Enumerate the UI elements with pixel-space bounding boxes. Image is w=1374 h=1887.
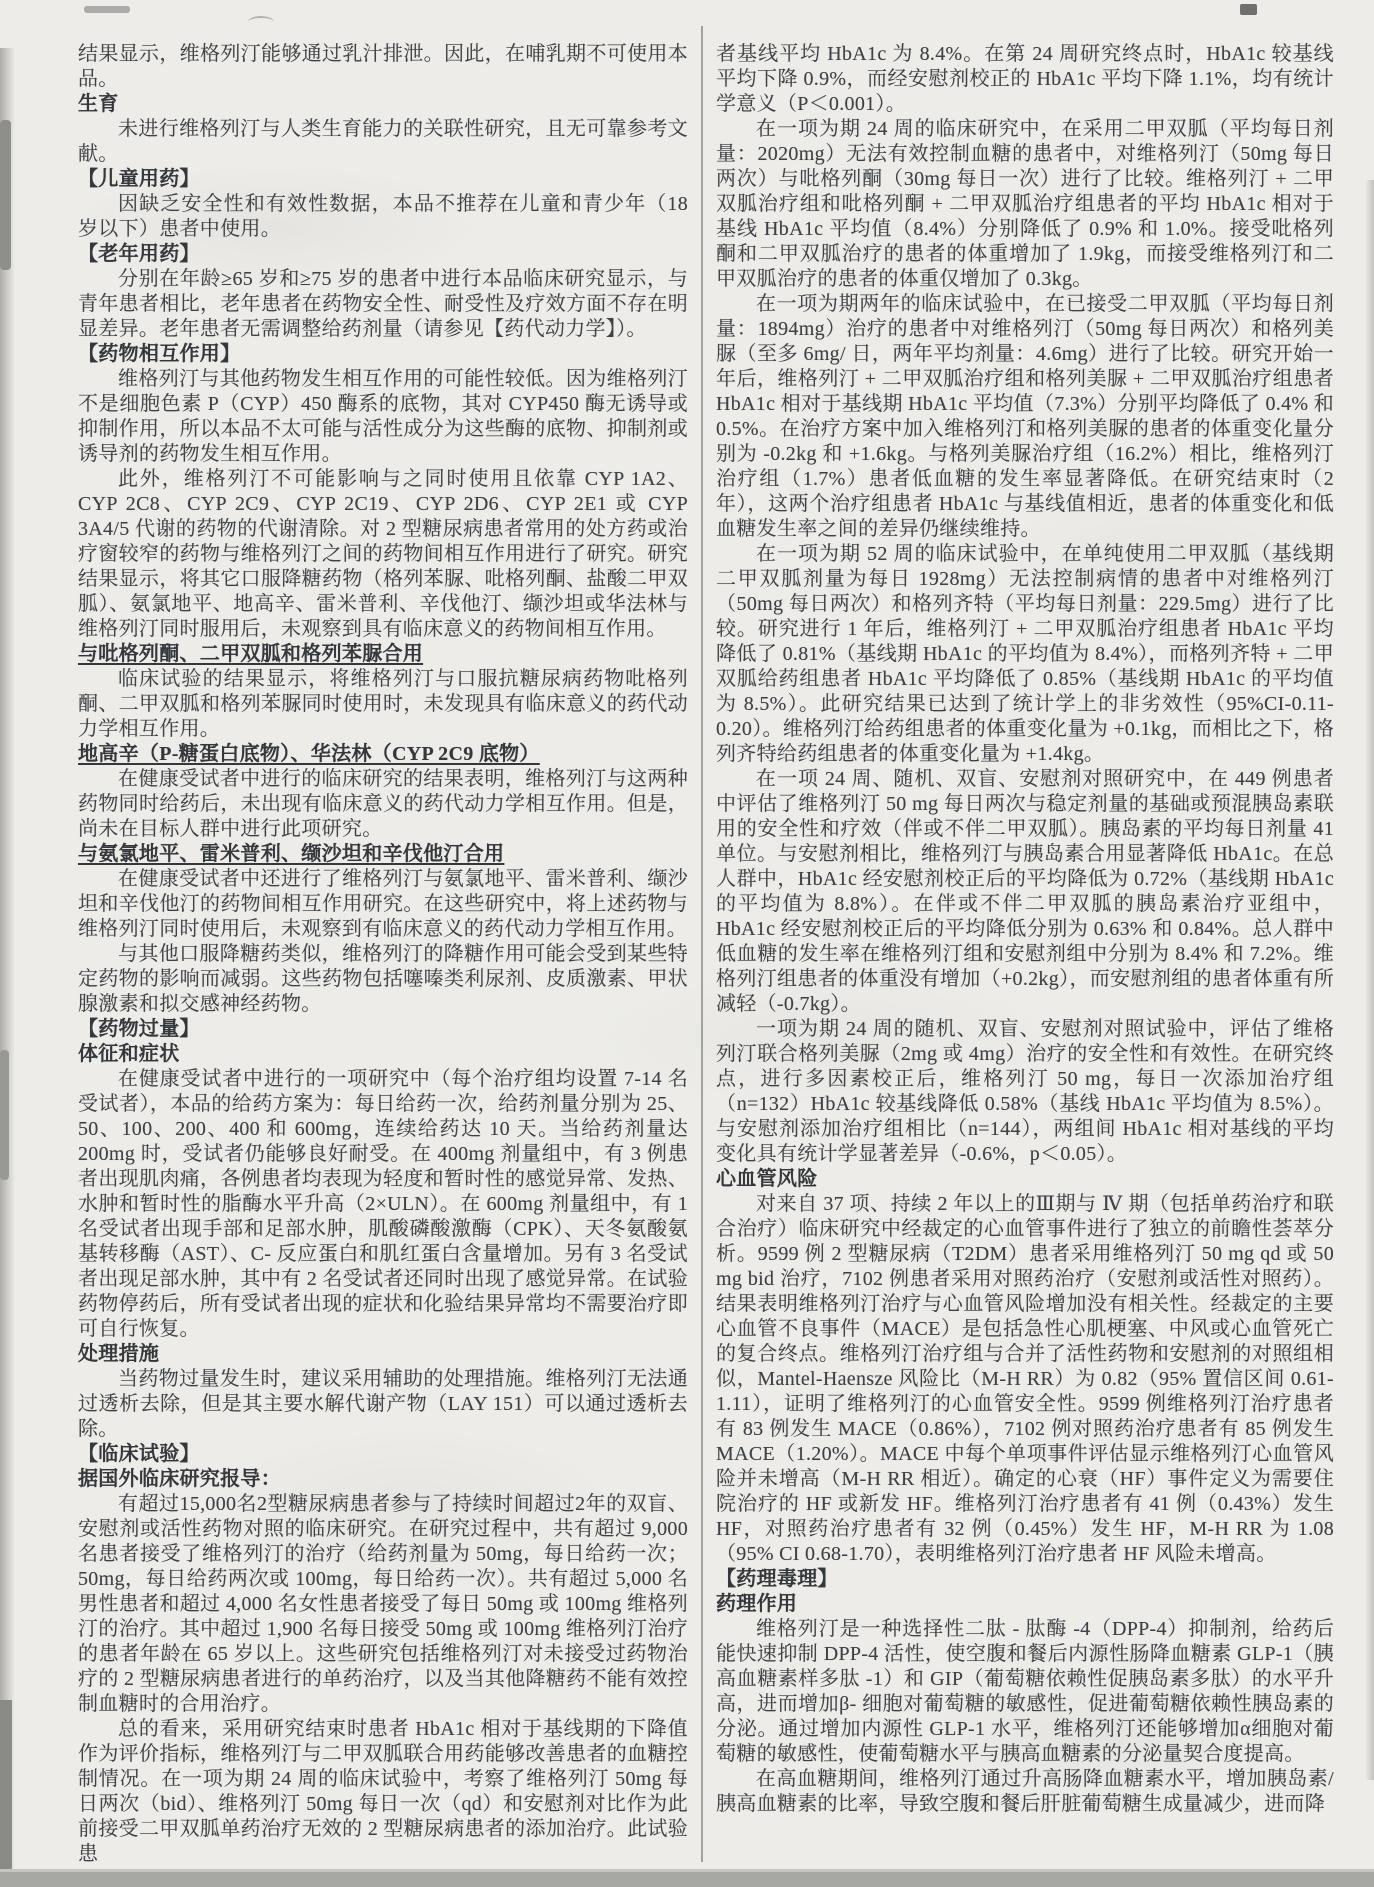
paragraph: 当药物过量发生时，建议采用辅助的处理措施。维格列汀无法通过透析去除，但是其主要水…	[78, 1367, 688, 1442]
section-heading: 【药理毒理】	[716, 1567, 1334, 1592]
paragraph: 未进行维格列汀与人类生育能力的关联性研究，且无可靠参考文献。	[78, 117, 688, 167]
sub-heading: 药理作用	[716, 1592, 1334, 1617]
paragraph: 在健康受试者中进行的一项研究中（每个治疗组均设置 7-14 名受试者），本品的给…	[78, 1067, 688, 1342]
sub-heading: 生育	[78, 92, 688, 117]
scanned-document-page: 结果显示，维格列汀能够通过乳汁排泄。因此，在哺乳期不可使用本品。生育未进行维格列…	[0, 0, 1374, 1887]
section-heading: 【药物相互作用】	[78, 342, 688, 367]
paragraph: 对来自 37 项、持续 2 年以上的Ⅲ期与 Ⅳ 期（包括单药治疗和联合治疗）临床…	[716, 1192, 1334, 1567]
sub-heading-underlined: 地高辛（P-糖蛋白底物）、华法林（CYP 2C9 底物）	[78, 742, 688, 767]
scan-artifact	[248, 16, 274, 28]
sub-heading: 处理措施	[78, 1342, 688, 1367]
paragraph-continuation: 结果显示，维格列汀能够通过乳汁排泄。因此，在哺乳期不可使用本品。	[78, 42, 688, 92]
paragraph: 一项为期 24 周的随机、双盲、安慰剂对照试验中，评估了维格列汀联合格列美脲（2…	[716, 1017, 1334, 1167]
paragraph-continuation: 者基线平均 HbA1c 为 8.4%。在第 24 周研究终点时，HbA1c 较基…	[716, 42, 1334, 117]
paragraph: 有超过15,000名2型糖尿病患者参与了持续时间超过2年的双盲、安慰剂或活性药物…	[78, 1492, 688, 1717]
scan-edge-bottom	[0, 1872, 1374, 1887]
paragraph: 分别在年龄≥65 岁和≥75 岁的患者中进行本品临床研究显示，与青年患者相比，老…	[78, 267, 688, 342]
left-column: 结果显示，维格列汀能够通过乳汁排泄。因此，在哺乳期不可使用本品。生育未进行维格列…	[78, 42, 688, 1867]
section-heading: 【老年用药】	[78, 242, 688, 267]
scan-artifact	[84, 6, 130, 13]
scan-edge-smudge	[0, 1050, 9, 1180]
sub-heading-underlined: 与吡格列酮、二甲双胍和格列苯脲合用	[78, 642, 688, 667]
scan-edge-smudge	[0, 1700, 12, 1887]
paragraph: 临床试验的结果显示，将维格列汀与口服抗糖尿病药物吡格列酮、二甲双胍和格列苯脲同时…	[78, 667, 688, 742]
sub-heading-underlined: 与氨氯地平、雷米普利、缬沙坦和辛伐他汀合用	[78, 842, 688, 867]
scan-edge-left	[0, 48, 15, 1887]
paragraph: 在健康受试者中还进行了维格列汀与氨氯地平、雷米普利、缬沙坦和辛伐他汀的药物间相互…	[78, 867, 688, 942]
scan-edge-smudge	[0, 120, 11, 270]
sub-heading: 心血管风险	[716, 1167, 1334, 1192]
right-column: 者基线平均 HbA1c 为 8.4%。在第 24 周研究终点时，HbA1c 较基…	[716, 42, 1334, 1817]
paragraph: 维格列汀与其他药物发生相互作用的可能性较低。因为维格列汀不是细胞色素 P（CYP…	[78, 367, 688, 467]
section-heading: 【临床试验】	[78, 1442, 688, 1467]
paragraph: 与其他口服降糖药类似，维格列汀的降糖作用可能会受到某些特定药物的影响而减弱。这些…	[78, 942, 688, 1017]
paragraph: 在一项为期 52 周的临床试验中，在单纯使用二甲双胍（基线期二甲双胍剂量为每日 …	[716, 542, 1334, 767]
paragraph: 在健康受试者中进行的临床研究的结果表明，维格列汀与这两种药物同时给药后，未出现有…	[78, 767, 688, 842]
paragraph: 维格列汀是一种选择性二肽 - 肽酶 -4（DPP-4）抑制剂，给药后能快速抑制 …	[716, 1617, 1334, 1767]
paragraph: 在一项 24 周、随机、双盲、安慰剂对照研究中，在 449 例患者中评估了维格列…	[716, 767, 1334, 1017]
paragraph: 在高血糖期间，维格列汀通过升高肠降血糖素水平，增加胰岛素/胰高血糖素的比率，导致…	[716, 1767, 1334, 1817]
scan-artifact	[1240, 4, 1257, 15]
sub-heading: 据国外临床研究报导：	[78, 1467, 688, 1492]
paragraph: 总的看来，采用研究结束时患者 HbA1c 相对于基线期的下降值作为评价指标，维格…	[78, 1717, 688, 1867]
paragraph: 因缺乏安全性和有效性数据，本品不推荐在儿童和青少年（18 岁以下）患者中使用。	[78, 192, 688, 242]
section-heading: 【药物过量】	[78, 1017, 688, 1042]
sub-heading: 体征和症状	[78, 1042, 688, 1067]
paragraph: 此外，维格列汀不可能影响与之同时使用且依靠 CYP 1A2、CYP 2C8、CY…	[78, 467, 688, 642]
section-heading: 【儿童用药】	[78, 167, 688, 192]
paragraph: 在一项为期两年的临床试验中，在已接受二甲双胍（平均每日剂量：1894mg）治疗的…	[716, 292, 1334, 542]
scan-edge-right	[1365, 180, 1374, 1780]
column-divider	[701, 26, 703, 1862]
paragraph: 在一项为期 24 周的临床研究中，在采用二甲双胍（平均每日剂量：2020mg）无…	[716, 117, 1334, 292]
